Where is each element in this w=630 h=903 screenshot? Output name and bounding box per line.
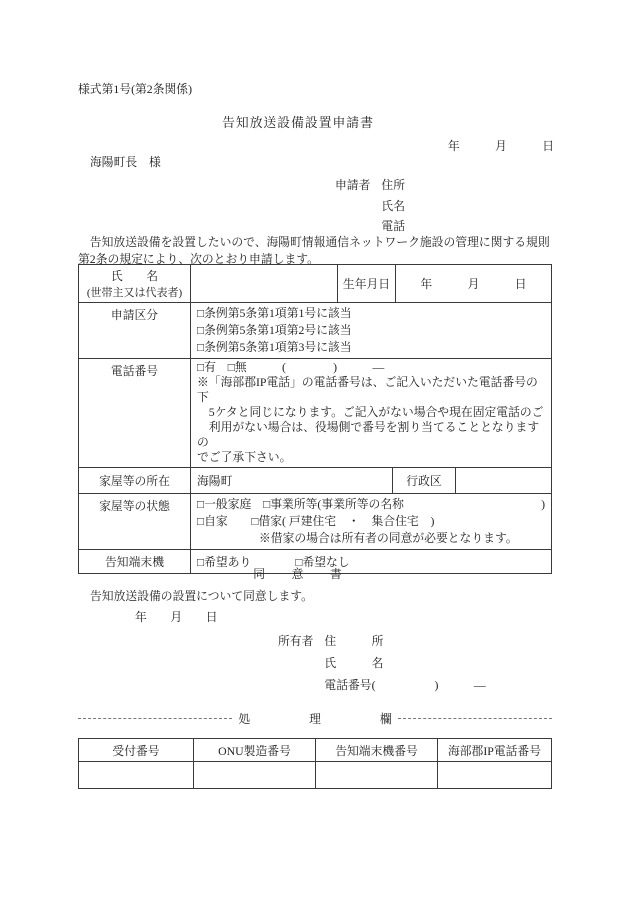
- birth-label-cell: 生年月日: [338, 265, 396, 302]
- applicant-label: 申請者: [335, 175, 370, 237]
- phone-value-cell: □有 □無 ( ) — ※「海部郡IP電話」の電話番号は、ご記入いただいた電話番…: [191, 359, 551, 467]
- location-value-cell: 海陽町: [191, 468, 393, 493]
- phone-note-line-3: 利用がない場合は、役場側で番号を割り当てることとなりますの: [197, 420, 545, 450]
- category-label-cell: 申請区分: [79, 303, 191, 358]
- form-number: 様式第1号(第2条関係): [78, 80, 192, 97]
- status-line-2: □自家 □借家( 戸建住宅 ・ 集合住宅 ): [197, 513, 545, 530]
- applicant-block: 申請者 住所 氏名 電話: [335, 175, 405, 237]
- name-label: 氏 名: [111, 267, 158, 284]
- owner-address-label: 住 所: [324, 630, 485, 652]
- status-label-cell: 家屋等の状態: [79, 494, 191, 549]
- name-label-cell: 氏 名 (世帯主又は代表者): [79, 265, 191, 302]
- applicant-address-label: 住所: [381, 175, 405, 196]
- processing-header-reception: 受付番号: [79, 739, 194, 761]
- location-label-cell: 家屋等の所在: [79, 468, 191, 493]
- processing-header-row: 受付番号 ONU製造番号 告知端末機番号 海部郡IP電話番号: [79, 739, 551, 762]
- district-value-cell: [456, 468, 551, 493]
- divider-dash-left: [78, 718, 232, 719]
- page-title: 告知放送設備設置申請書: [78, 112, 518, 131]
- applicant-name-label: 氏名: [381, 196, 405, 217]
- status-value-cell: □一般家庭 □事業所等(事業所等の名称 ) □自家 □借家( 戸建住宅 ・ 集合…: [191, 494, 551, 549]
- birth-value-cell: 年 月 日: [396, 265, 551, 302]
- phone-note-line-2: 5ケタと同じになります。ご記入がない場合や現在固定電話のご: [197, 405, 545, 420]
- owner-block: 所有者 住 所 氏 名 電話番号( ) —: [278, 630, 486, 696]
- phone-options-line: □有 □無 ( ) —: [197, 360, 545, 375]
- category-option-2: □条例第5条第1項第2号に該当: [197, 322, 545, 339]
- applicant-fields: 住所 氏名 電話: [381, 175, 405, 237]
- application-form-page: 様式第1号(第2条関係) 告知放送設備設置申請書 年 月 日 海陽町長 様 申請…: [0, 0, 630, 903]
- intro-line-1: 告知放送設備を設置したいので、海陽町情報通信ネットワーク施設の管理に関する規則: [78, 234, 556, 251]
- processing-value-terminal: [316, 762, 438, 788]
- phone-note-line-4: でご了承下さい。: [197, 450, 545, 465]
- owner-fields: 住 所 氏 名 電話番号( ) —: [324, 630, 485, 696]
- status-options-1: □一般家庭 □事業所等(事業所等の名称: [197, 496, 404, 513]
- consent-title: 同 意 書: [78, 565, 518, 582]
- row-category: 申請区分 □条例第5条第1項第1号に該当 □条例第5条第1項第2号に該当 □条例…: [79, 303, 551, 359]
- processing-value-reception: [79, 762, 194, 788]
- processing-value-ip-phone: [438, 762, 551, 788]
- owner-label: 所有者: [278, 630, 313, 696]
- application-table: 氏 名 (世帯主又は代表者) 生年月日 年 月 日 申請区分 □条例第5条第1項…: [78, 264, 552, 574]
- row-location: 家屋等の所在 海陽町 行政区: [79, 468, 551, 494]
- processing-table: 受付番号 ONU製造番号 告知端末機番号 海部郡IP電話番号: [78, 738, 552, 789]
- name-sublabel: (世帯主又は代表者): [87, 284, 182, 300]
- status-line-1: □一般家庭 □事業所等(事業所等の名称 ): [197, 496, 545, 513]
- phone-note-line-1: ※「海部郡IP電話」の電話番号は、ご記入いただいた電話番号の下: [197, 375, 545, 405]
- district-label-cell: 行政区: [393, 468, 456, 493]
- divider-dash-right: [398, 718, 552, 719]
- status-paren-close: ): [541, 496, 545, 513]
- category-option-3: □条例第5条第1項第3号に該当: [197, 339, 545, 356]
- addressee: 海陽町長 様: [90, 153, 161, 170]
- processing-divider-label: 処 理 欄: [238, 710, 391, 727]
- row-name: 氏 名 (世帯主又は代表者) 生年月日 年 月 日: [79, 265, 551, 303]
- owner-name-label: 氏 名: [324, 652, 485, 674]
- processing-header-onu: ONU製造番号: [194, 739, 316, 761]
- row-phone: 電話番号 □有 □無 ( ) — ※「海部郡IP電話」の電話番号は、ご記入いただ…: [79, 359, 551, 468]
- consent-body: 告知放送設備の設置について同意します。: [90, 587, 313, 604]
- date-line-top: 年 月 日: [448, 137, 554, 154]
- category-option-1: □条例第5条第1項第1号に該当: [197, 305, 545, 322]
- category-value-cell: □条例第5条第1項第1号に該当 □条例第5条第1項第2号に該当 □条例第5条第1…: [191, 303, 551, 358]
- status-note: ※借家の場合は所有者の同意が必要となります。: [259, 530, 545, 547]
- processing-header-terminal: 告知端末機番号: [316, 739, 438, 761]
- processing-value-onu: [194, 762, 316, 788]
- processing-value-row: [79, 762, 551, 788]
- phone-label-cell: 電話番号: [79, 359, 191, 467]
- processing-header-ip-phone: 海部郡IP電話番号: [438, 739, 551, 761]
- row-status: 家屋等の状態 □一般家庭 □事業所等(事業所等の名称 ) □自家 □借家( 戸建…: [79, 494, 551, 550]
- owner-phone-label: 電話番号( ) —: [324, 674, 485, 696]
- name-value-cell: [191, 265, 338, 302]
- processing-divider: 処 理 欄: [78, 711, 552, 726]
- consent-date-line: 年 月 日: [135, 608, 218, 625]
